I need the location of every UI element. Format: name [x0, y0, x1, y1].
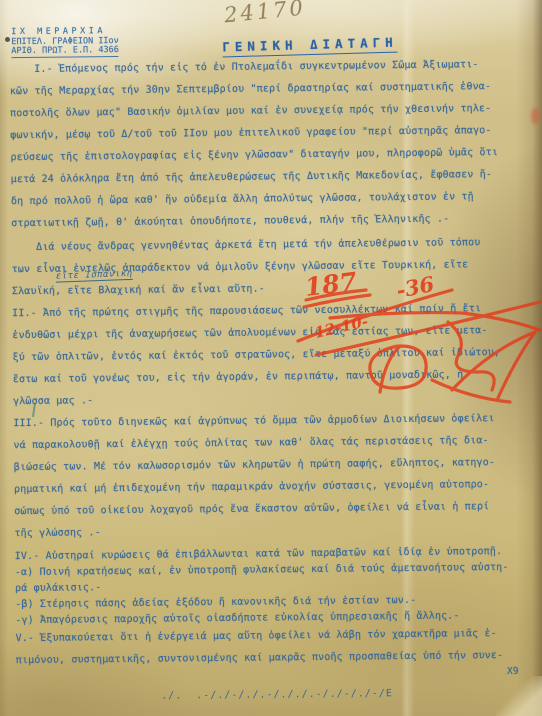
handwritten-registry-number: 24170	[223, 0, 307, 27]
typed-line: πιμόνου, συστηματικῆς, συντονισμένης καί…	[16, 650, 504, 677]
letterhead-block: ΙΧ ΜΕΡΑΡΧΙΑΕΠΙΤΕΛ. ΓΡΑΦΕΙΟΝ ΙΙονΑΡΙΘ. ΠΡ…	[11, 27, 119, 67]
typed-content-layer: 24170 ΙΧ ΜΕΡΑΡΧΙΑΕΠΙΤΕΛ. ΓΡΑΦΕΙΟΝ ΙΙονΑΡ…	[0, 0, 542, 716]
paragraph-II: ΙΙ.- Ἀπό τῆς πρώτης στιγμῆς τῆς παρουσιά…	[12, 303, 501, 418]
typed-line: στρατιωτικῇ ζωῇ, θ' ἀκούηται ὁπουδήποτε,…	[11, 213, 499, 240]
paragraph-V: V.- Ἐξυπακούεται ὅτι ἡ ἐνέργειά μας αὕτη…	[15, 628, 503, 677]
paragraph-IV: ΙV.- Αὐστηραί κυρώσεις θά ἐπιβάλλωνται κ…	[15, 546, 509, 631]
document-title: ΓΕΝΙΚΗ ΔΙΑΤΑΓΗ	[222, 35, 398, 58]
letterhead-protocol: ΑΡΙΘ. ΠΡΩΤ. Ε.Π. 4366	[11, 46, 119, 58]
scanned-document-page: 24170 ΙΧ ΜΕΡΑΡΧΙΑΕΠΙΤΕΛ. ΓΡΑΦΕΙΟΝ ΙΙονΑΡ…	[0, 0, 542, 716]
paragraph-I: Ι.- Ἑπόμενος πρός τήν εἰς τό ἐν Πτολεμαΐ…	[10, 59, 499, 240]
page-mark: Χ9	[507, 666, 519, 677]
paragraph-III: ΙΙΙ.- Πρός τοῦτο διηνεκῶς καί ἀγρύπνως τ…	[13, 413, 496, 550]
typed-separator-line: ./. .-/./-/./.-/././.-/./-/./-/Ε	[161, 688, 393, 701]
